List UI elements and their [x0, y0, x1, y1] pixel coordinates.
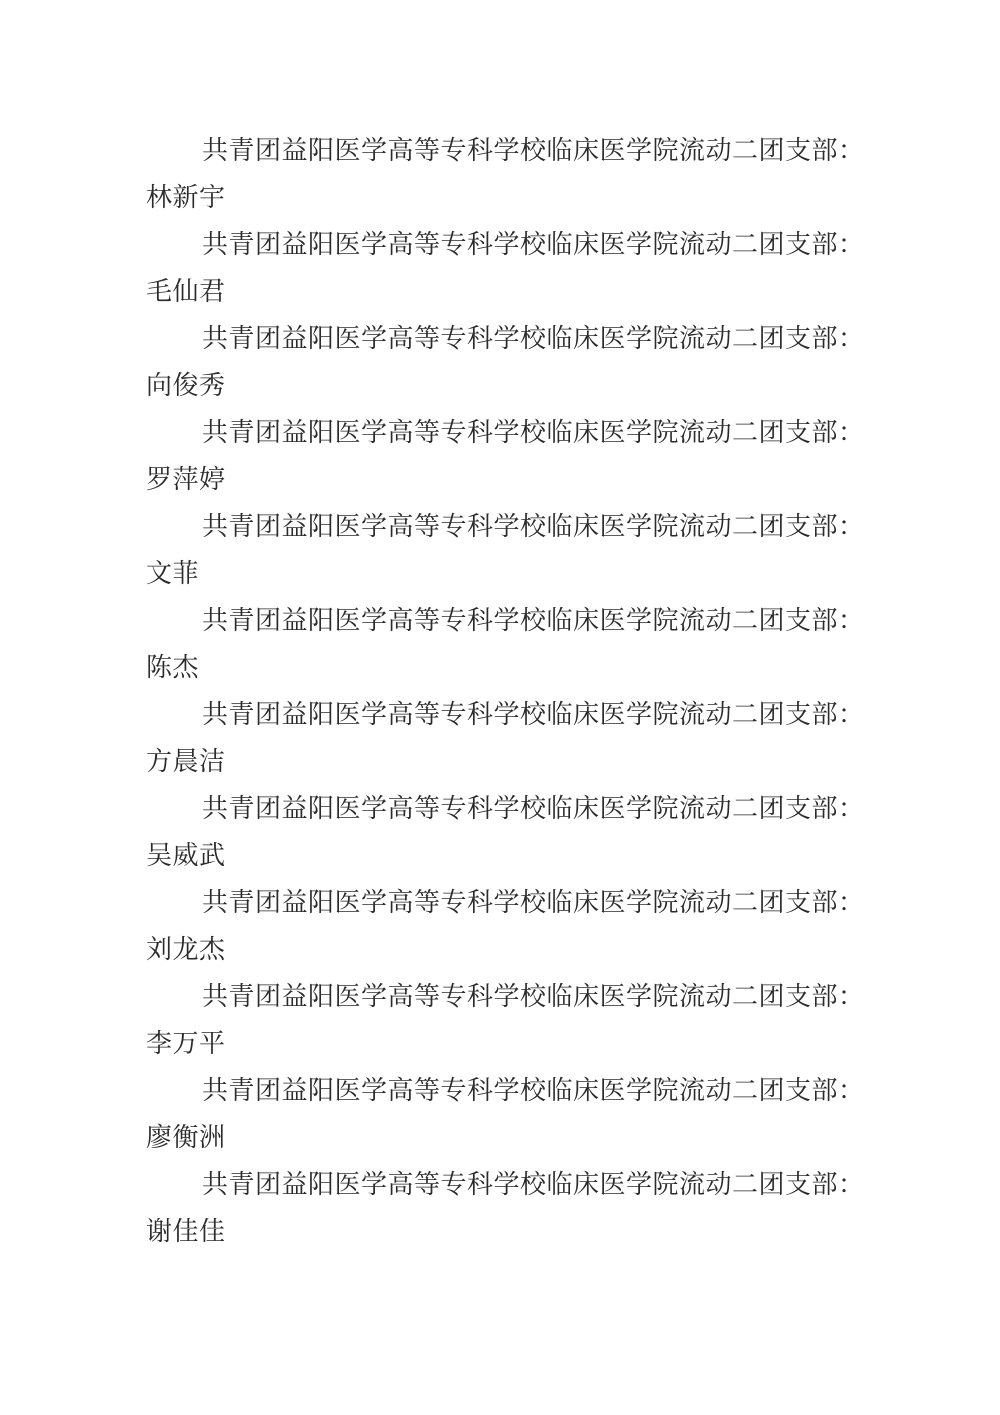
entry: 共青团益阳医学高等专科学校临床医学院流动二团支部： 吴威武: [146, 785, 862, 879]
entry: 共青团益阳医学高等专科学校临床医学院流动二团支部： 廖衡洲: [146, 1067, 862, 1161]
member-name: 谢佳佳: [146, 1208, 862, 1255]
org-line: 共青团益阳医学高等专科学校临床医学院流动二团支部：: [146, 315, 862, 362]
member-name: 李万平: [146, 1020, 862, 1067]
member-name: 毛仙君: [146, 268, 862, 315]
member-name: 罗萍婷: [146, 456, 862, 503]
org-line: 共青团益阳医学高等专科学校临床医学院流动二团支部：: [146, 879, 862, 926]
org-line: 共青团益阳医学高等专科学校临床医学院流动二团支部：: [146, 785, 862, 832]
entry: 共青团益阳医学高等专科学校临床医学院流动二团支部： 李万平: [146, 973, 862, 1067]
entry: 共青团益阳医学高等专科学校临床医学院流动二团支部： 罗萍婷: [146, 409, 862, 503]
entry: 共青团益阳医学高等专科学校临床医学院流动二团支部： 文菲: [146, 503, 862, 597]
entry: 共青团益阳医学高等专科学校临床医学院流动二团支部： 陈杰: [146, 597, 862, 691]
member-name: 廖衡洲: [146, 1114, 862, 1161]
entry: 共青团益阳医学高等专科学校临床医学院流动二团支部： 方晨洁: [146, 691, 862, 785]
member-name: 文菲: [146, 550, 862, 597]
org-line: 共青团益阳医学高等专科学校临床医学院流动二团支部：: [146, 1161, 862, 1208]
member-name: 刘龙杰: [146, 926, 862, 973]
org-line: 共青团益阳医学高等专科学校临床医学院流动二团支部：: [146, 597, 862, 644]
member-name: 陈杰: [146, 644, 862, 691]
org-line: 共青团益阳医学高等专科学校临床医学院流动二团支部：: [146, 691, 862, 738]
entry: 共青团益阳医学高等专科学校临床医学院流动二团支部： 毛仙君: [146, 221, 862, 315]
entries-list: 共青团益阳医学高等专科学校临床医学院流动二团支部： 林新宇 共青团益阳医学高等专…: [146, 127, 862, 1255]
org-line: 共青团益阳医学高等专科学校临床医学院流动二团支部：: [146, 973, 862, 1020]
entry: 共青团益阳医学高等专科学校临床医学院流动二团支部： 谢佳佳: [146, 1161, 862, 1255]
document-page: 共青团益阳医学高等专科学校临床医学院流动二团支部： 林新宇 共青团益阳医学高等专…: [0, 0, 1000, 1415]
member-name: 方晨洁: [146, 738, 862, 785]
org-line: 共青团益阳医学高等专科学校临床医学院流动二团支部：: [146, 503, 862, 550]
org-line: 共青团益阳医学高等专科学校临床医学院流动二团支部：: [146, 221, 862, 268]
entry: 共青团益阳医学高等专科学校临床医学院流动二团支部： 刘龙杰: [146, 879, 862, 973]
member-name: 林新宇: [146, 174, 862, 221]
entry: 共青团益阳医学高等专科学校临床医学院流动二团支部： 向俊秀: [146, 315, 862, 409]
entry: 共青团益阳医学高等专科学校临床医学院流动二团支部： 林新宇: [146, 127, 862, 221]
org-line: 共青团益阳医学高等专科学校临床医学院流动二团支部：: [146, 1067, 862, 1114]
org-line: 共青团益阳医学高等专科学校临床医学院流动二团支部：: [146, 127, 862, 174]
member-name: 吴威武: [146, 832, 862, 879]
org-line: 共青团益阳医学高等专科学校临床医学院流动二团支部：: [146, 409, 862, 456]
member-name: 向俊秀: [146, 362, 862, 409]
